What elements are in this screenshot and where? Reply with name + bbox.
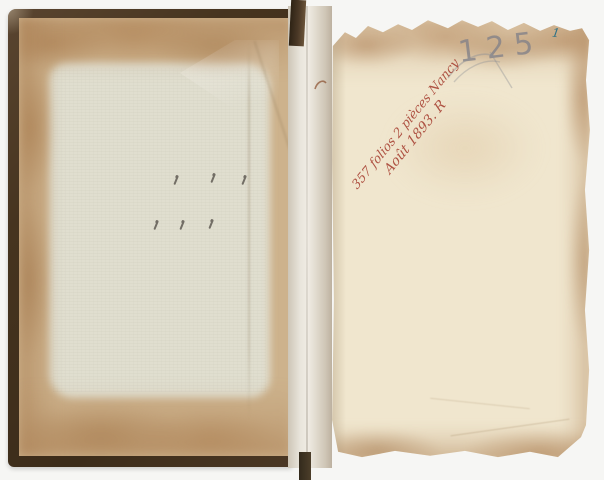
book-scan: 125 1 357 folios 2 pièces Nancy Août 189… [0,0,604,480]
pastedown-endpaper [19,18,292,456]
page-gutter-shadow [330,18,346,462]
gutter-paper-guard [288,6,332,468]
page-stain-right [560,18,592,462]
spine-top-edge [289,0,306,46]
front-cover-board [8,9,292,467]
page-stain-bottom [330,422,592,462]
fold-line [248,42,250,420]
ink-fleck [314,78,328,92]
spine-bottom-tab [299,452,311,480]
page-crease [430,398,530,409]
pastedown-stain-bottom [19,384,292,456]
fabric-weave-texture [53,68,266,392]
pastedown-stain-top [19,18,292,76]
